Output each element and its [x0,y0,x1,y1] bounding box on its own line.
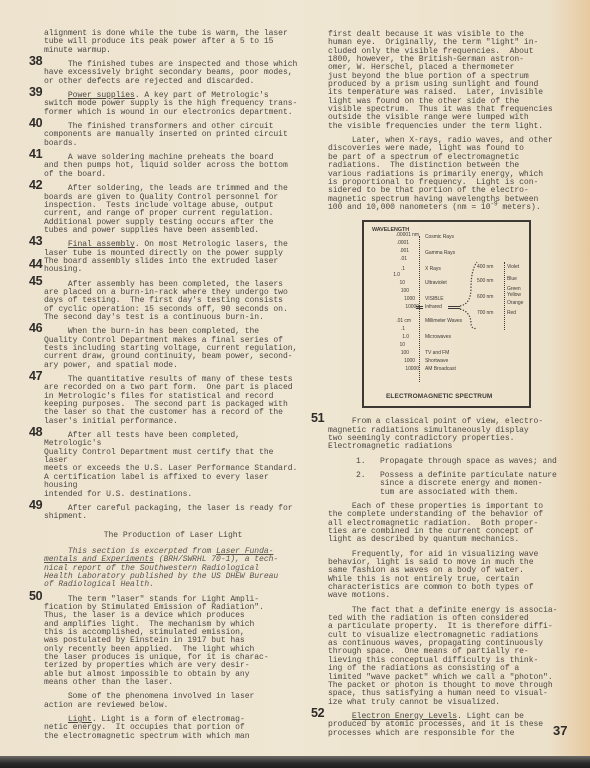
band-label: X Rays [425,266,441,272]
paragraph-number: 46 [29,324,42,332]
color-label: Violet [507,264,519,270]
paragraph-spectrum: Later, when X-rays, radio waves, and oth… [328,137,560,212]
paragraph-41: 41 A wave soldering machine preheats the… [44,154,302,179]
paragraph-text: The board assembly slides into the extru… [44,257,278,274]
electromagnetic-spectrum-figure: WAVELENGTH .00001 nm.0001.001.01.11.0101… [362,220,531,408]
paragraph-49: 49 After careful packaging, the laser is… [44,505,302,522]
paragraph-51: 51 From a classical point of view, elect… [328,418,560,451]
paragraph-number: 48 [29,428,42,436]
band-label: TV and FM [425,350,449,356]
visible-axis-line [504,262,505,330]
paragraph-39: 39 Power supplies. A key part of Metrolo… [44,92,302,117]
wavelength-label: .1 [401,326,405,332]
paragraph-52: 52 Electron Energy Levels. Light can be … [328,713,560,738]
list-number: 1. [356,458,366,466]
wavelength-label: 100 [401,288,409,294]
paragraph-text: From a classical point of view, electro-… [328,417,543,451]
paragraph-number: 49 [29,501,42,509]
band-label: Millimeter Waves [425,318,462,324]
paragraph-text: The finished transformers and other circ… [44,122,288,148]
paragraph-text: A wave soldering machine preheats the bo… [44,153,288,179]
paragraph-48: 48 After all tests have been completed, … [44,432,302,499]
paragraph-text: After careful packaging, the laser is re… [44,504,293,521]
spectrum-axis-line [419,236,420,382]
paragraph-43-44: 43 Final assembly. On most Metrologic la… [44,241,302,274]
wavelength-label: 10 [400,280,405,286]
wavelength-label: 10000 [405,304,419,310]
band-label: Gamma Rays [425,250,455,256]
band-label: Infrared [425,304,442,310]
wavelength-label: .001 [399,248,409,254]
exponent: -9 [490,200,497,207]
paragraph-text: When the burn-in has been completed, the… [44,327,297,369]
paragraph-number: 52 [311,709,324,717]
wavelength-label: .1 [401,266,405,272]
paragraph-number: 47 [29,372,42,380]
paragraph-light-continued: first dealt because it was visible to th… [328,31,560,131]
section-heading: The Production of Laser Light [44,532,302,540]
paragraph-phenomena: Some of the phenomena involved in laser … [44,693,302,710]
figure-title: ELECTROMAGNETIC SPECTRUM [386,394,492,400]
band-label: Cosmic Rays [425,234,454,240]
band-label: VISIBLE [425,296,444,302]
paragraph-photon: The fact that a definite energy is assoc… [328,607,560,707]
band-label: Shortwave [425,358,448,364]
paragraph-text: After assembly has been completed, the l… [44,280,288,322]
wavelength-label: 100 [401,350,409,356]
page-number: 37 [553,723,567,738]
paragraph-wave-behavior: Frequently, for aid in visualizing wave … [328,551,560,601]
paragraph-text: The term "laser" stands for Light Ampli-… [44,595,269,687]
left-column: alignment is done while the tube is warm… [44,30,302,747]
paragraph-text: alignment is done while the tube is warm… [44,29,288,55]
color-label: Orange [507,300,523,306]
paragraph-number: 43 [29,237,42,245]
wavelength-label: .01 cm [396,318,411,324]
band-label: Microwaves [425,334,451,340]
wavelength-label: 1000 [404,358,415,364]
list-item: 2.Possess a definite particulate nature … [356,472,560,497]
paragraph-38: 38 The finished tubes are inspected and … [44,61,302,86]
visible-wavelength-label: 400 nm [477,264,493,270]
wavelength-label: .01 [400,256,407,262]
scanned-page: alignment is done while the tube is warm… [0,0,590,756]
paragraph-number: 45 [29,277,42,285]
paragraph-number: 44 [29,260,42,268]
wavelength-label: 1.0 [402,334,409,340]
paragraph-42: 42 After soldering, the leads are trimme… [44,185,302,235]
paragraph-text: After soldering, the leads are trimmed a… [44,184,288,235]
wavelength-label: .00001 nm [396,232,419,238]
paragraph-text: Later, when X-rays, radio waves, and oth… [328,136,553,212]
paragraph-number: 39 [29,88,42,96]
list-number: 2. [356,472,366,480]
paragraph-text-end: meters). [498,203,541,212]
paragraph-number: 42 [29,181,42,189]
paragraph-47: 47 The quantitative results of many of t… [44,376,302,426]
list-text: Propagate through space as waves; and [380,457,557,466]
wavelength-label: 10000 [405,366,419,372]
list-item: 1.Propagate through space as waves; and [356,458,560,466]
paragraph-continued: alignment is done while the tube is warm… [44,30,302,55]
paragraph-number: 51 [311,414,324,422]
wavelength-label: .0001 [397,240,409,246]
band-label: Ultraviolet [425,280,447,286]
wavelength-label: 10 [400,342,405,348]
properties-list: 1.Propagate through space as waves; and … [328,458,560,497]
paragraph-number: 40 [29,119,42,127]
paragraph-text: The quantitative results of many of thes… [44,375,293,426]
visible-wavelength-label: 600 nm [477,294,493,300]
paragraph-45: 45 After assembly has been completed, th… [44,281,302,323]
paragraph-text: After all tests have been completed, Met… [44,431,297,498]
paragraph-number: 50 [29,592,42,600]
color-label: Red [507,310,516,316]
paragraph-light: Light. Light is a form of electromag- ne… [44,716,302,741]
band-label: AM Broadcast [425,366,456,372]
paragraph-40: 40 The finished transformers and other c… [44,123,302,148]
scan-bottom-edge [0,756,590,768]
paragraph-text: The finished tubes are inspected and tho… [44,60,297,86]
paragraph-46: 46 When the burn-in has been completed, … [44,328,302,370]
paragraph-50: 50 The term "laser" stands for Light Amp… [44,596,302,688]
paragraph-properties: Each of these properties is important to… [328,503,560,545]
excerpt-note: This section is excerpted from Laser Fun… [44,548,302,590]
wavelength-label: 1000 [404,296,415,302]
visible-wavelength-label: 700 nm [477,310,493,316]
wavelength-label: 1.0 [393,272,400,278]
right-column: first dealt because it was visible to th… [328,31,560,744]
paragraph-number: 38 [29,57,42,65]
color-label: Blue [507,276,517,282]
color-label: Yellow [507,292,521,298]
list-text: Possess a definite particulate nature si… [380,471,557,497]
paragraph-number: 41 [29,150,42,158]
visible-wavelength-label: 500 nm [477,278,493,284]
